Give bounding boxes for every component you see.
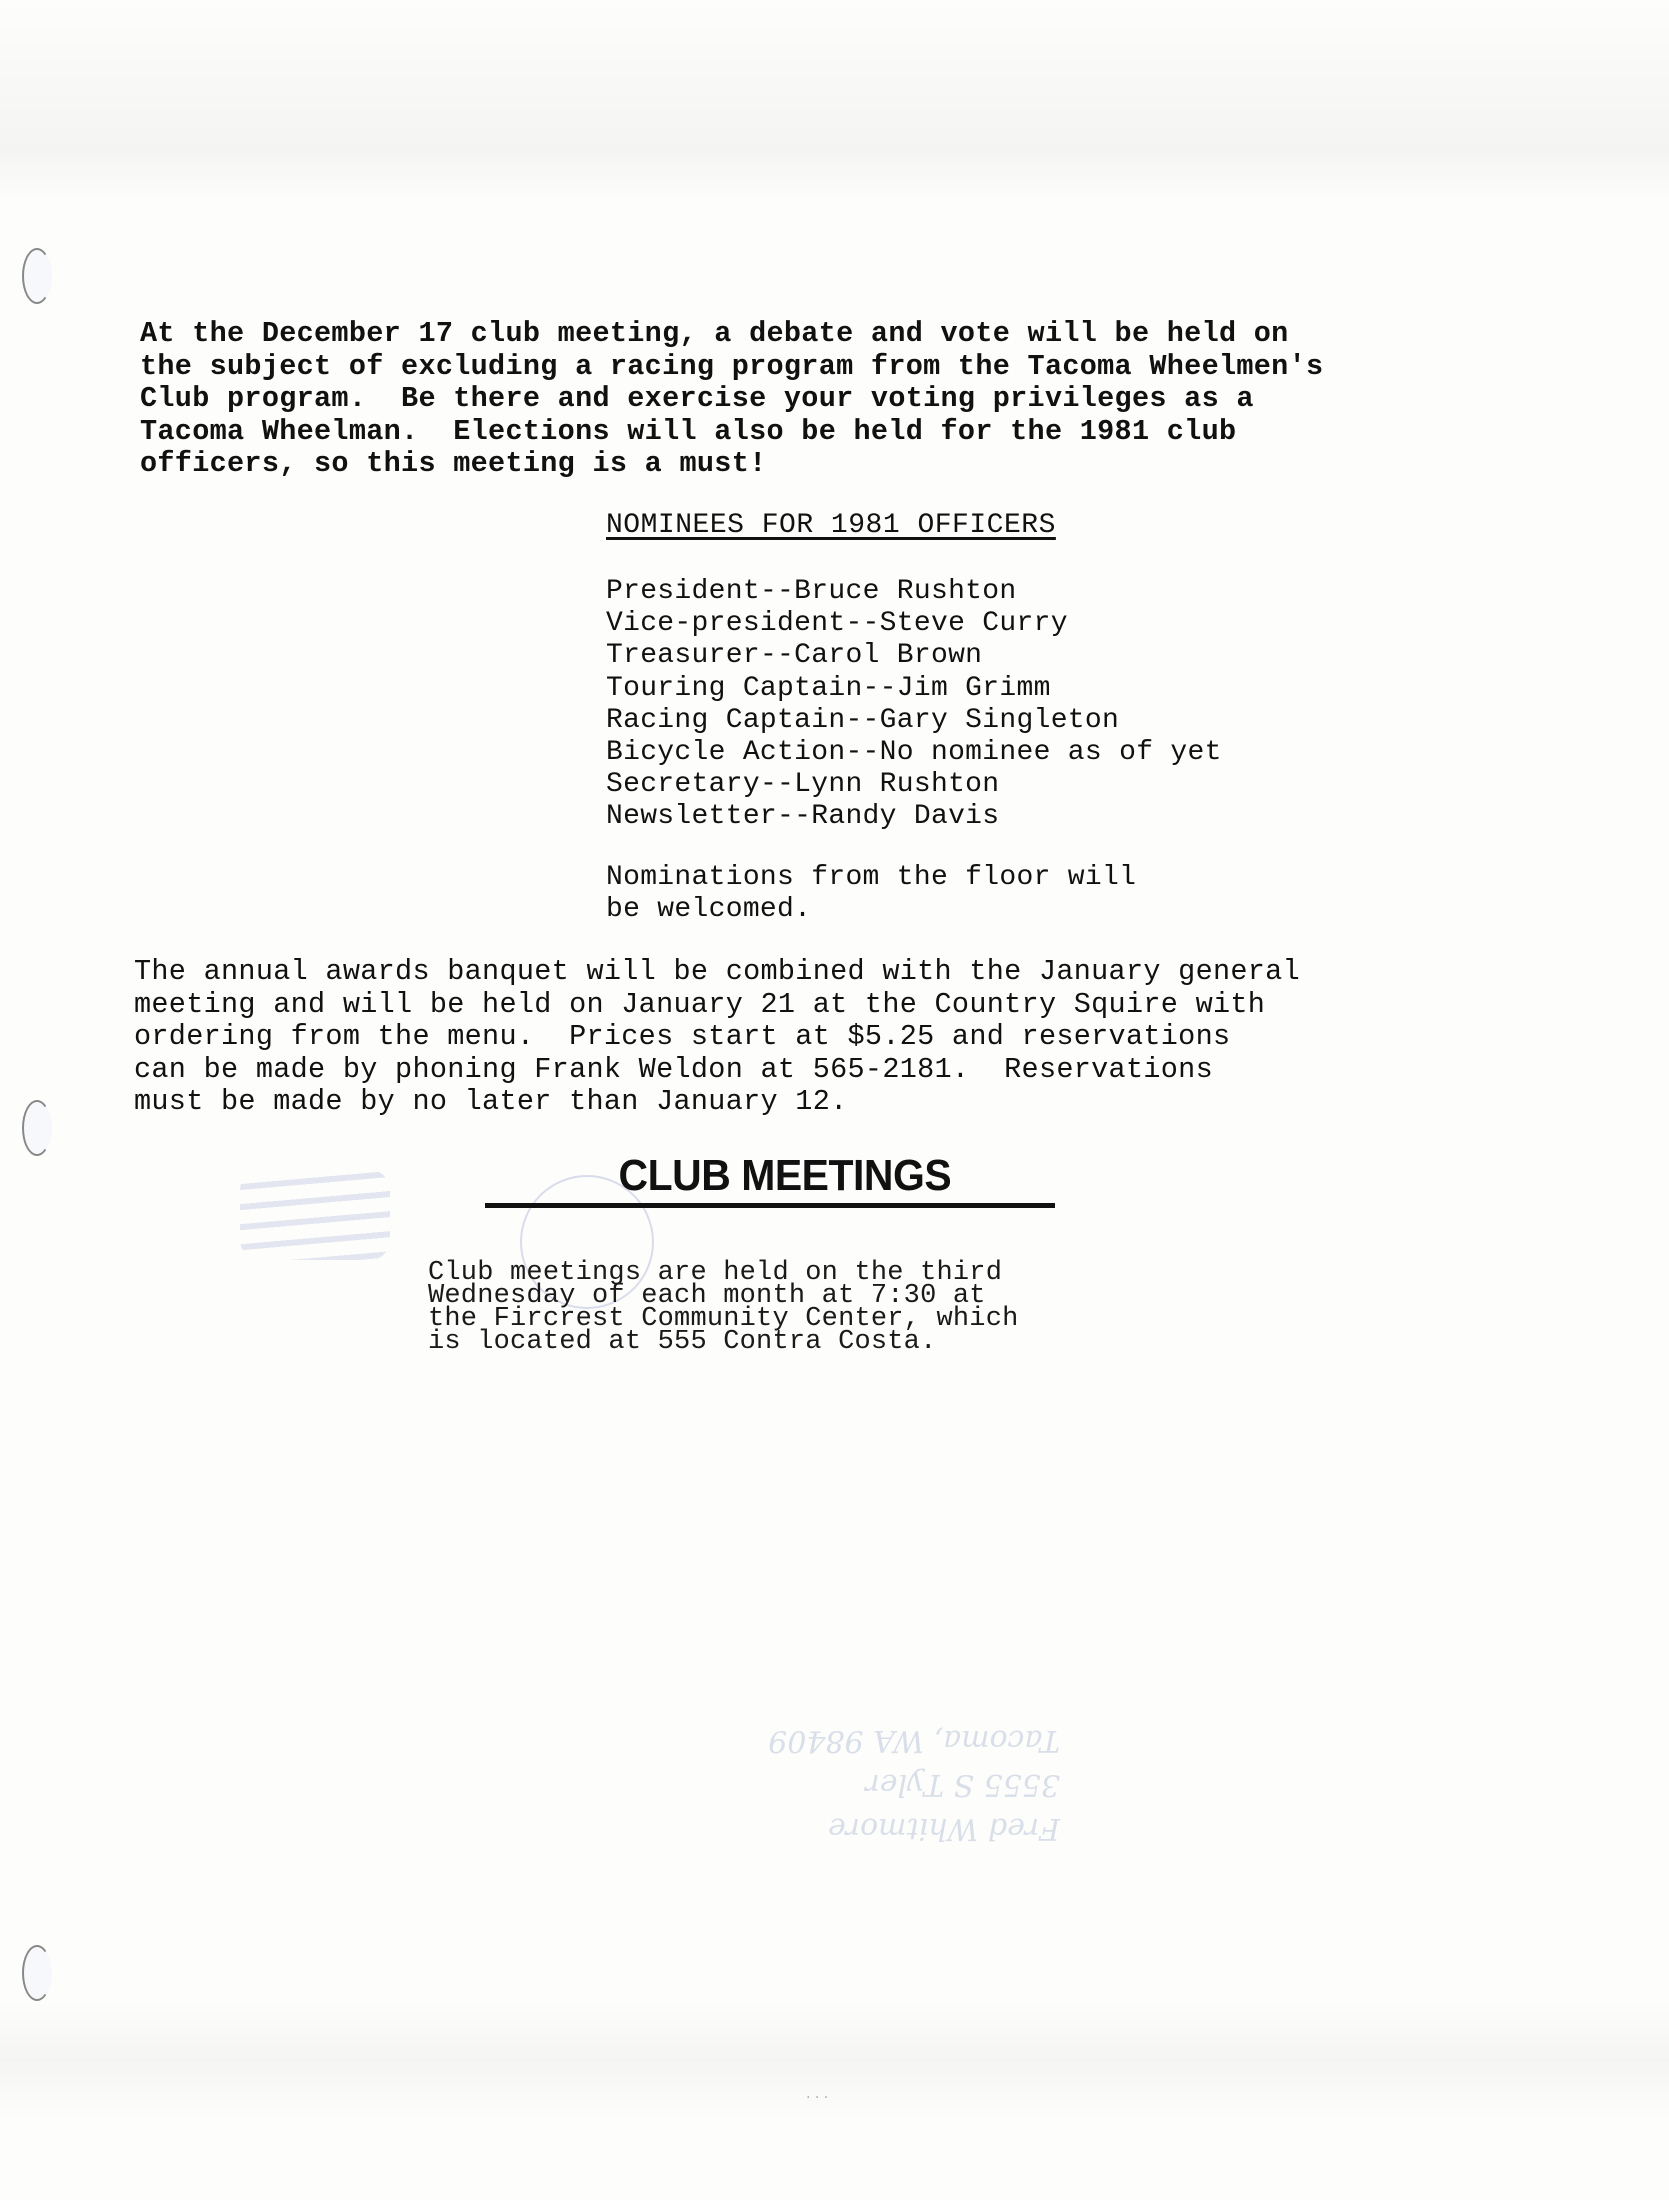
office-title: President	[606, 576, 760, 607]
nominee-item: Secretary--Lynn Rushton	[606, 769, 1222, 801]
punch-hole-top	[22, 248, 52, 304]
office-title: Newsletter	[606, 801, 777, 832]
floor-nominations-note: Nominations from the floor will be welco…	[606, 862, 1246, 926]
nominee-item: Touring Captain--Jim Grimm	[606, 673, 1222, 705]
punch-hole-middle	[22, 1100, 52, 1156]
club-meetings-heading: CLUB MEETINGS	[619, 1150, 952, 1202]
separator: --	[845, 737, 879, 768]
nominee-list: President--Bruce RushtonVice-president--…	[606, 576, 1222, 834]
nominee-item: Treasurer--Carol Brown	[606, 640, 1222, 672]
office-title: Secretary	[606, 769, 760, 800]
nominee-name: Steve Curry	[880, 608, 1068, 639]
punch-hole-bottom	[22, 1945, 52, 2001]
page-mark: · · ·	[806, 2090, 828, 2106]
separator: --	[845, 608, 879, 639]
office-title: Bicycle Action	[606, 737, 845, 768]
office-title: Touring Captain	[606, 673, 863, 704]
nominee-item: Racing Captain--Gary Singleton	[606, 705, 1222, 737]
office-title: Racing Captain	[606, 705, 845, 736]
nominee-item: President--Bruce Rushton	[606, 576, 1222, 608]
separator: --	[863, 673, 897, 704]
club-meetings-heading-rule: CLUB MEETINGS	[485, 1150, 1055, 1208]
nominee-name: Gary Singleton	[880, 705, 1119, 736]
club-meetings-info: Club meetings are held on the third Wedn…	[428, 1262, 1019, 1354]
bleed-through-handwriting: Fred Whitmore 3555 S Tyler Tacoma, WA 98…	[660, 1680, 1060, 1850]
office-title: Treasurer	[606, 640, 760, 671]
postmark-cancellation-lines	[240, 1170, 390, 1260]
separator: --	[760, 769, 794, 800]
separator: --	[777, 801, 811, 832]
nominee-name: Bruce Rushton	[794, 576, 1016, 607]
nominee-name: Jim Grimm	[897, 673, 1051, 704]
nominee-name: Carol Brown	[794, 640, 982, 671]
nominee-item: Bicycle Action--No nominee as of yet	[606, 737, 1222, 769]
nominee-name: No nominee as of yet	[880, 737, 1222, 768]
nominee-name: Randy Davis	[811, 801, 999, 832]
banquet-paragraph: The annual awards banquet will be combin…	[134, 956, 1300, 1119]
nominee-item: Vice-president--Steve Curry	[606, 608, 1222, 640]
nominee-item: Newsletter--Randy Davis	[606, 801, 1222, 833]
office-title: Vice-president	[606, 608, 845, 639]
separator: --	[760, 640, 794, 671]
nominees-heading: NOMINEES FOR 1981 OFFICERS	[606, 510, 1056, 542]
separator: --	[845, 705, 879, 736]
intro-paragraph: At the December 17 club meeting, a debat…	[140, 318, 1323, 481]
separator: --	[760, 576, 794, 607]
nominee-name: Lynn Rushton	[794, 769, 999, 800]
